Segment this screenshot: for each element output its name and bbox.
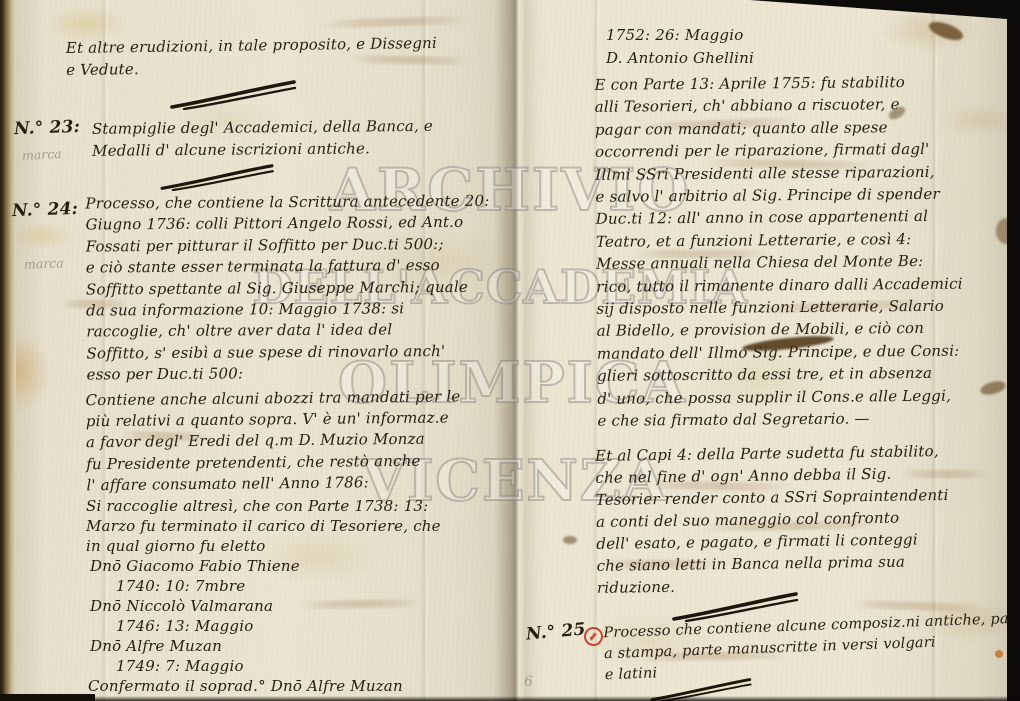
pen-flourish-divider <box>158 164 276 191</box>
manuscript-line: Soffitto, s' esibì a sue spese di rinova… <box>86 340 512 364</box>
orange-stain-dot <box>995 650 1003 658</box>
entry-23-text: Stampiglie degl' Accademici, della Banca… <box>92 114 508 162</box>
book-binding-edge <box>0 0 16 701</box>
manuscript-line: d' uno, che possa supplir il Cons.e alle… <box>597 384 1011 410</box>
manuscript-line: Dnō Giacomo Fabio Thiene <box>90 556 512 576</box>
manuscript-line: 1749: 7: Maggio <box>116 656 512 676</box>
entry-24-paragraph-2: Contiene anche alcuni abozzi tra mandati… <box>85 386 512 496</box>
manuscript-line: e ciò stante esser terminata la fattura … <box>86 255 512 279</box>
right-paragraph-2: Et al Capi 4: della Parte sudetta fu sta… <box>595 439 1011 599</box>
manuscript-line: Soffitto spettante al Sig. Giuseppe Marc… <box>86 276 512 300</box>
pencil-page-number: 6 <box>524 674 533 690</box>
manuscript-line: rico, tutto il rimanente dinaro dalli Ac… <box>596 272 1010 298</box>
manuscript-line: 1752: 26: Maggio <box>606 24 926 47</box>
ink-blot <box>563 536 577 544</box>
manuscript-line: esso per Duc.ti 500: <box>87 362 513 386</box>
manuscript-line: Si raccoglie altresì, che con Parte 1738… <box>86 496 512 516</box>
manuscript-line: l' affare consumato nell' Anno 1786: <box>86 471 512 497</box>
manuscript-scan: ARCHIVIO DELL'ACCADEMIA OLIMPICA VICENZA… <box>0 0 1020 701</box>
manuscript-line: e che sia firmato dal Segretario. — <box>597 406 1011 432</box>
photo-edge <box>0 694 95 701</box>
manuscript-line: in qual giorno fu eletto <box>86 536 512 556</box>
manuscript-line: raccoglie, ch' oltre aver data l' idea d… <box>86 319 512 343</box>
pen-flourish-divider <box>168 80 298 110</box>
manuscript-line: Giugno 1736: colli Pittori Angelo Rossi,… <box>85 212 511 236</box>
manuscript-line: Processo, che contiene la Scrittura ante… <box>85 191 511 215</box>
manuscript-line: Marzo fu terminato il carico di Tesorier… <box>86 516 512 536</box>
entry-24-paragraph-3: Si raccoglie altresì, che con Parte 1738… <box>86 496 512 696</box>
manuscript-line: Fossati per pitturar il Soffitto per Duc… <box>86 233 512 257</box>
manuscript-line: 1746: 13: Maggio <box>116 616 512 636</box>
manuscript-line: 1740: 10: 7mbre <box>116 576 512 596</box>
pencil-margin-note: marca <box>24 255 64 271</box>
manuscript-line: Medalli d' alcune iscrizioni antiche. <box>92 136 508 162</box>
manuscript-line: D. Antonio Ghellini <box>606 47 926 70</box>
entry-number-label: N.° 23: <box>14 117 81 139</box>
pencil-margin-note: marca <box>22 146 62 163</box>
left-intro-paragraph: Et altre erudizioni, in tale proposito, … <box>66 31 503 81</box>
right-paragraph-1: E con Parte 13: Aprile 1755: fu stabilit… <box>594 70 1011 432</box>
manuscript-line: da sua informazione 10: Maggio 1738: si <box>86 298 512 322</box>
manuscript-line: Confermato il soprad.° Dnō Alfre Muzan <box>88 676 512 696</box>
manuscript-line: Dnō Niccolò Valmarana <box>90 596 512 616</box>
right-heading: 1752: 26: MaggioD. Antonio Ghellini <box>606 24 926 70</box>
entry-24-paragraph-1: Processo, che contiene la Scrittura ante… <box>85 191 512 387</box>
photo-edge <box>0 696 1020 701</box>
photo-edge <box>1007 0 1020 701</box>
manuscript-line: Dnō Alfre Muzan <box>90 636 512 656</box>
entry-number-label: N.° 24: <box>12 199 79 221</box>
